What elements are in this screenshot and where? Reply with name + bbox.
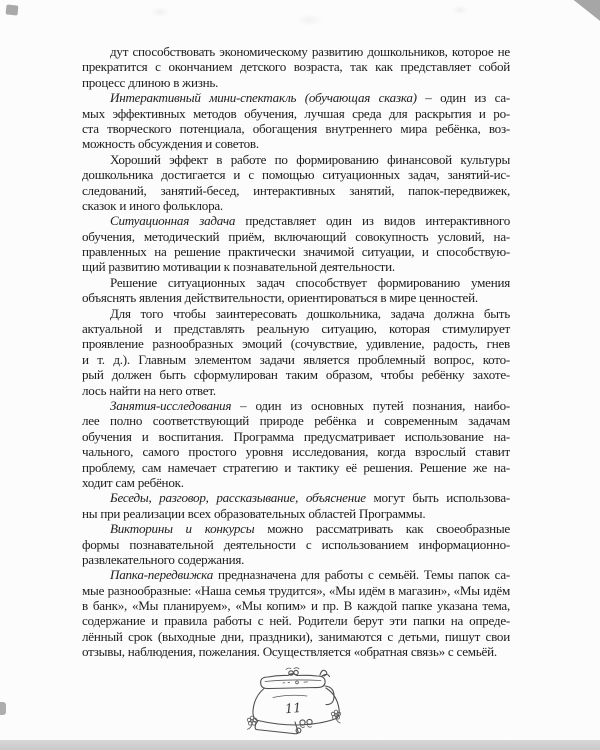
text-segment: формы познавательной деятельности с испо… xyxy=(82,537,510,552)
fold-line xyxy=(273,695,307,697)
scan-artifact-top-right xyxy=(570,0,600,22)
italic-text-segment: Викторины и конкурсы xyxy=(110,521,254,536)
coin-purse-doodle: 11 xyxy=(245,664,345,740)
frame-button xyxy=(296,681,299,684)
text-segment: процесс длиною в жизнь. xyxy=(82,75,218,90)
text-segment: обучения и воспитания. Программа предусм… xyxy=(82,429,510,444)
text-line: лённый срок (выходные дни, праздники), з… xyxy=(82,629,510,644)
text-segment: Решение ситуационных задач способствует … xyxy=(110,275,510,290)
text-line: мые разнообразные: «Наша семья трудится»… xyxy=(82,583,510,598)
text-line: Викторины и конкурсы можно рассматривать… xyxy=(82,521,510,536)
bow-decoration xyxy=(320,670,330,676)
text-segment: дошкольника достигается и с помощью ситу… xyxy=(82,167,510,182)
italic-text-segment: Интерактивный мини-спектакль (обучающая … xyxy=(110,90,417,105)
text-line: актуальной и представлять реальную ситуа… xyxy=(82,321,510,336)
text-line: можность обсуждения и советов. xyxy=(82,136,510,151)
bottom-flap xyxy=(255,721,298,734)
text-line: обучения, методический приём, включающий… xyxy=(82,229,510,244)
text-line: щий развитию мотивации к познавательной … xyxy=(82,259,510,274)
text-line: обучения и воспитания. Программа предусм… xyxy=(82,429,510,444)
scan-edge-band-bottom xyxy=(0,740,600,750)
text-segment: сказок и иного фольклора. xyxy=(82,198,223,213)
text-segment: щий развитию мотивации к познавательной … xyxy=(82,259,395,274)
page: дут способствовать экономическому развит… xyxy=(0,0,600,750)
text-segment: лось найти на него ответ. xyxy=(82,383,216,398)
italic-text-segment: Ситуационная задача xyxy=(110,213,235,228)
coin-curl-tails xyxy=(301,726,312,728)
italic-text-segment: Занятия-исследования xyxy=(110,398,231,413)
text-segment: – один из основных путей познания, наибо… xyxy=(231,398,510,413)
text-line: объяснять явления действительности, орие… xyxy=(82,290,510,305)
text-segment: чального, самого простого уровня исследо… xyxy=(82,444,510,459)
text-segment: можность обсуждения и советов. xyxy=(82,136,259,151)
text-line: отзывы, наблюдения, пожелания. Осуществл… xyxy=(82,644,510,659)
text-segment: проявление разнообразных эмоций (сочувст… xyxy=(82,336,510,351)
text-line: лось найти на него ответ. xyxy=(82,383,510,398)
text-line: и т. д.). Главным элементом задачи являе… xyxy=(82,352,510,367)
text-segment: рый должен быть сформулирован таким обра… xyxy=(82,367,510,382)
text-segment: ходит сам ребёнок. xyxy=(82,475,184,490)
text-line: формы познавательной деятельности с испо… xyxy=(82,537,510,552)
text-line: развлекательного содержания. xyxy=(82,552,510,567)
text-segment: актуальной и представлять реальную ситуа… xyxy=(82,321,510,336)
text-segment: Хороший эффект в работе по формированию … xyxy=(110,152,510,167)
scan-artifact-bottom-left xyxy=(0,702,6,715)
text-line: следований, занятий-бесед, интерактивных… xyxy=(82,183,510,198)
text-line: правленных на решение практически значим… xyxy=(82,244,510,259)
text-line: проблему, сам намечает стратегию и такти… xyxy=(82,460,510,475)
text-line: процесс длиною в жизнь. xyxy=(82,75,510,90)
scan-artifact-top-left xyxy=(6,4,19,15)
text-segment: ста творческого потенциала, обогащения в… xyxy=(82,121,510,136)
text-line: ста творческого потенциала, обогащения в… xyxy=(82,121,510,136)
text-line: лее полно соответствующий природе ребёнк… xyxy=(82,413,510,428)
frame-stitch-dots xyxy=(283,682,290,683)
text-segment: ны при реализации всех образовательных о… xyxy=(82,506,425,521)
text-line: Беседы, разговор, рассказывание, объясне… xyxy=(82,490,510,505)
page-number: 11 xyxy=(284,701,302,717)
purse-frame-inner-line xyxy=(265,680,321,682)
italic-text-segment: Беседы, разговор, рассказывание, объясне… xyxy=(110,490,366,505)
text-segment: содержание и правила работы с ней. Родит… xyxy=(82,613,510,628)
text-segment: проблему, сам намечает стратегию и такти… xyxy=(82,460,510,475)
text-segment: прекратится с окончанием детского возрас… xyxy=(82,59,510,74)
clasp-brow-right xyxy=(294,668,299,669)
clasp-brow-left xyxy=(286,668,291,669)
text-line: ны при реализации всех образовательных о… xyxy=(82,506,510,521)
text-line: мых эффективных методов обучения, лучшая… xyxy=(82,106,510,121)
text-segment: в банк», «Мы планируем», «Мы копим» и пр… xyxy=(82,598,510,613)
page-text: дут способствовать экономическому развит… xyxy=(82,44,510,660)
text-line: Хороший эффект в работе по формированию … xyxy=(82,152,510,167)
text-segment: обучения, методический приём, включающий… xyxy=(82,229,510,244)
text-line: Интерактивный мини-спектакль (обучающая … xyxy=(82,90,510,105)
text-segment: – один из са- xyxy=(417,90,510,105)
scanned-book-page-screenshot: { "meta": { "kind": "scanned-book-page",… xyxy=(0,0,600,750)
text-segment: предназначена для работы с семьёй. Темы … xyxy=(213,567,510,582)
page-number-illustration: 11 xyxy=(245,664,345,740)
text-line: Решение ситуационных задач способствует … xyxy=(82,275,510,290)
text-segment: мые разнообразные: «Наша семья трудится»… xyxy=(82,583,510,598)
text-line: сказок и иного фольклора. xyxy=(82,198,510,213)
text-line: Занятия-исследования – один из основных … xyxy=(82,398,510,413)
text-line: ходит сам ребёнок. xyxy=(82,475,510,490)
text-segment: представляет один из видов интерактивног… xyxy=(235,213,510,228)
text-line: проявление разнообразных эмоций (сочувст… xyxy=(82,336,510,351)
text-line: прекратится с окончанием детского возрас… xyxy=(82,59,510,74)
text-segment: развлекательного содержания. xyxy=(82,552,244,567)
text-segment: мых эффективных методов обучения, лучшая… xyxy=(82,106,510,121)
text-line: чального, самого простого уровня исследо… xyxy=(82,444,510,459)
flower-right xyxy=(331,710,340,723)
text-segment: Для того чтобы заинтересовать дошкольник… xyxy=(110,306,510,321)
text-line: Ситуационная задача представляет один из… xyxy=(82,213,510,228)
text-segment: можно рассматривать как своеобразные xyxy=(254,521,510,536)
text-line: Папка-передвижка предназначена для работ… xyxy=(82,567,510,582)
italic-text-segment: Папка-передвижка xyxy=(110,567,213,582)
text-line: в банк», «Мы планируем», «Мы копим» и пр… xyxy=(82,598,510,613)
text-segment: объяснять явления действительности, орие… xyxy=(82,290,478,305)
text-line: дут способствовать экономическому развит… xyxy=(82,44,510,59)
text-segment: лённый срок (выходные дни, праздники), з… xyxy=(82,629,510,644)
text-line: Для того чтобы заинтересовать дошкольник… xyxy=(82,306,510,321)
text-segment: лее полно соответствующий природе ребёнк… xyxy=(82,413,510,428)
text-line: содержание и правила работы с ней. Родит… xyxy=(82,613,510,628)
text-segment: могут быть использова- xyxy=(366,490,510,505)
text-segment: следований, занятий-бесед, интерактивных… xyxy=(82,183,510,198)
text-line: рый должен быть сформулирован таким обра… xyxy=(82,367,510,382)
text-segment: отзывы, наблюдения, пожелания. Осуществл… xyxy=(82,644,497,659)
text-line: дошкольника достигается и с помощью ситу… xyxy=(82,167,510,182)
text-segment: дут способствовать экономическому развит… xyxy=(110,44,510,59)
text-segment: правленных на решение практически значим… xyxy=(82,244,510,259)
text-segment: и т. д.). Главным элементом задачи являе… xyxy=(82,352,510,367)
